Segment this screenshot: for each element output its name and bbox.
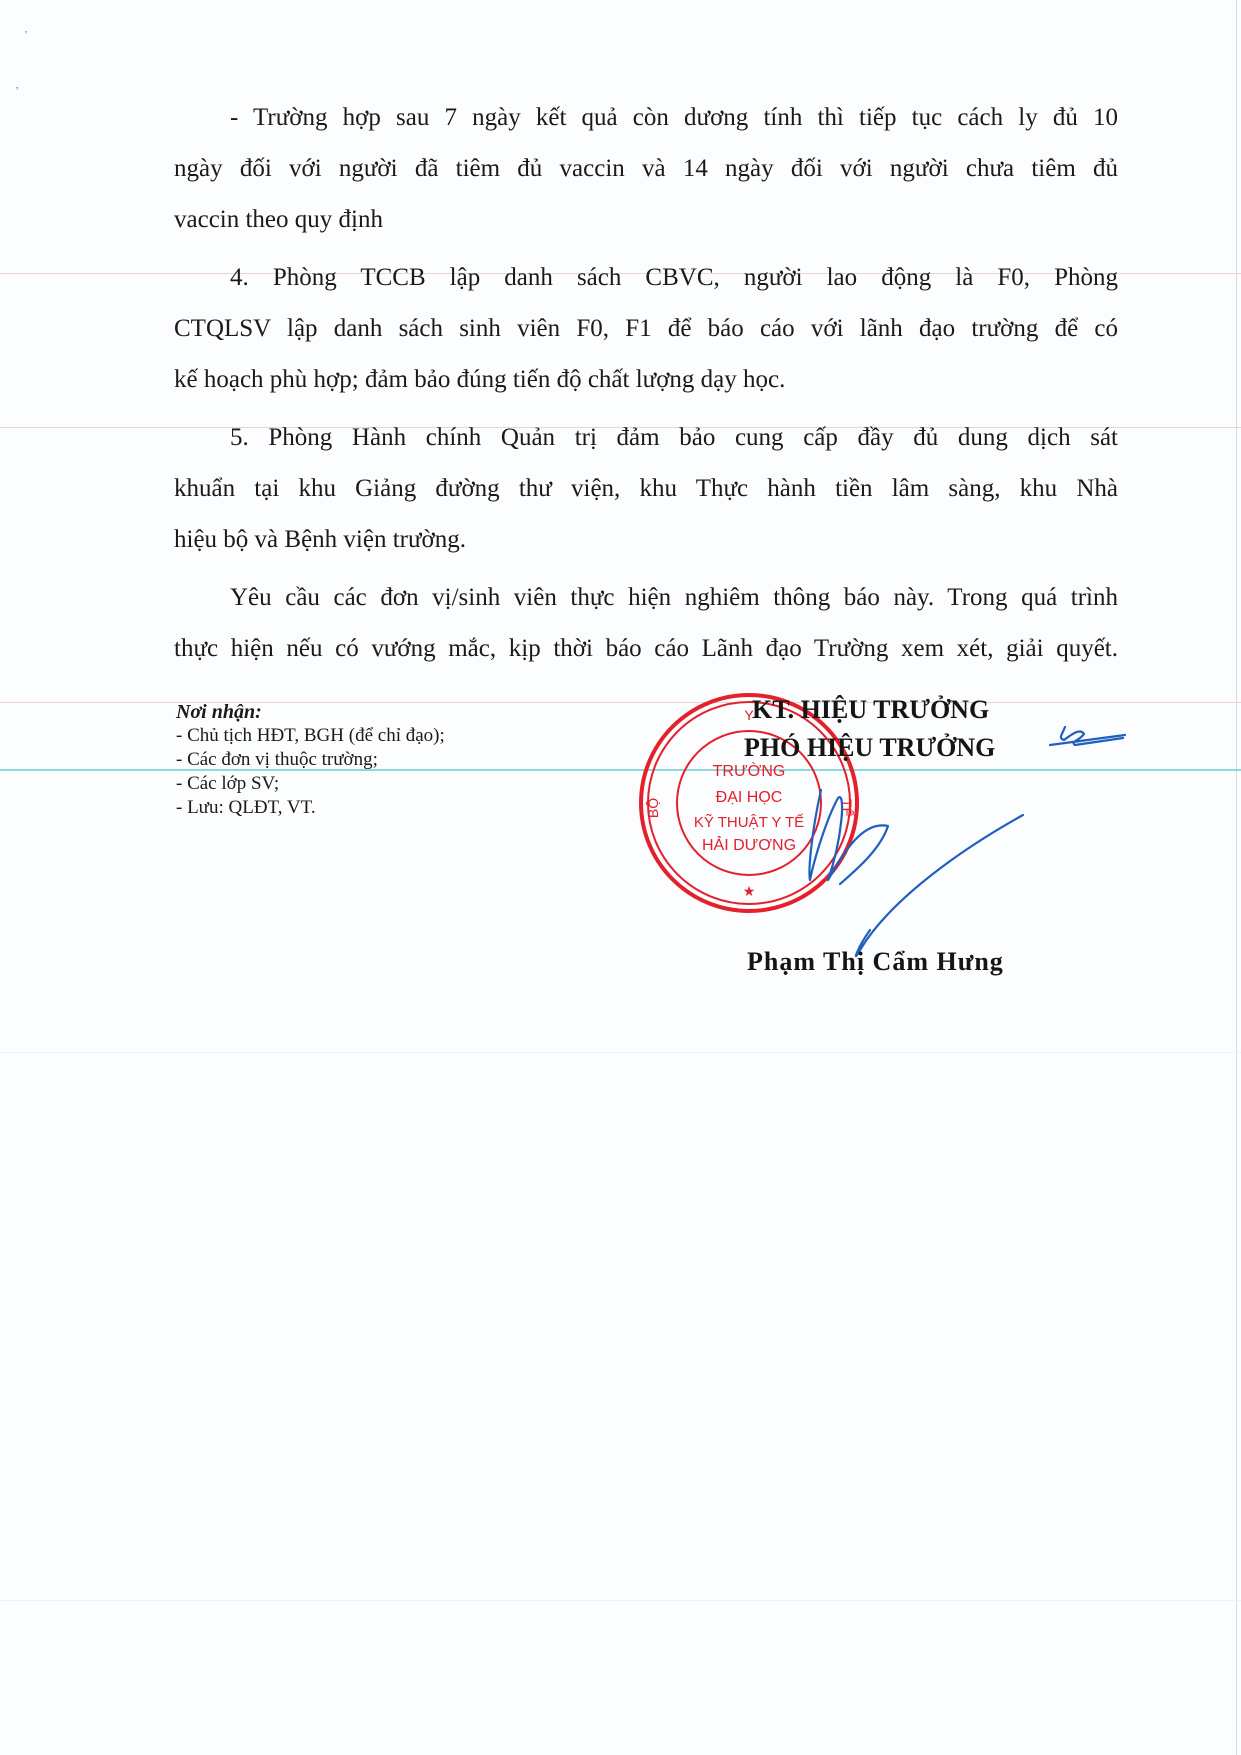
scan-artifact-line	[0, 1600, 1241, 1601]
recipient-item: - Các lớp SV;	[176, 772, 445, 796]
seal-inner-line: KỸ THUẬT Y TẾ	[694, 814, 804, 831]
text-line: 4. Phòng TCCB lập danh sách CBVC, người …	[174, 252, 1118, 303]
text-line: khuẩn tại khu Giảng đường thư viện, khu …	[174, 463, 1118, 514]
page-edge	[1236, 0, 1237, 1755]
seal-outer-left-text: BỘ	[645, 798, 661, 818]
scan-artifact-line	[0, 1052, 1241, 1053]
seal-inner-line: HẢI DƯƠNG	[702, 835, 796, 854]
recipient-item: - Chủ tịch HĐT, BGH (để chỉ đạo);	[176, 724, 445, 748]
seal-inner-line: TRƯỜNG	[713, 761, 786, 780]
text-line: vaccin theo quy định	[174, 194, 1118, 245]
recipient-item: - Lưu: QLĐT, VT.	[176, 796, 445, 820]
seal-inner-line: ĐẠI HỌC	[716, 789, 783, 806]
recipient-item: - Các đơn vị thuộc trường;	[176, 748, 445, 772]
paragraph-isolation-extension: - Trường hợp sau 7 ngày kết quả còn dươn…	[174, 92, 1118, 245]
text-line: Yêu cầu các đơn vị/sinh viên thực hiện n…	[174, 572, 1118, 623]
text-line: CTQLSV lập danh sách sinh viên F0, F1 để…	[174, 303, 1118, 354]
text-line: thực hiện nếu có vướng mắc, kịp thời báo…	[174, 623, 1118, 674]
paragraph-item-4: 4. Phòng TCCB lập danh sách CBVC, người …	[174, 252, 1118, 405]
seal-outer-right-text: TẾ	[839, 799, 855, 817]
signer-title-line-1: KT. HIỆU TRƯỞNG	[752, 695, 989, 725]
signer-name: Phạm Thị Cẩm Hưng	[747, 947, 1004, 977]
signer-title-line-2: PHÓ HIỆU TRƯỞNG	[744, 733, 995, 763]
text-line: 5. Phòng Hành chính Quản trị đảm bảo cun…	[174, 412, 1118, 463]
paragraph-closing: Yêu cầu các đơn vị/sinh viên thực hiện n…	[174, 572, 1118, 674]
recipients-block: Nơi nhận: - Chủ tịch HĐT, BGH (để chỉ đạ…	[176, 700, 445, 820]
text-line: - Trường hợp sau 7 ngày kết quả còn dươn…	[174, 92, 1118, 143]
text-line: kế hoạch phù hợp; đảm bảo đúng tiến độ c…	[174, 354, 1118, 405]
paragraph-item-5: 5. Phòng Hành chính Quản trị đảm bảo cun…	[174, 412, 1118, 565]
text-line: hiệu bộ và Bệnh viện trường.	[174, 514, 1118, 565]
recipients-title: Nơi nhận:	[176, 700, 445, 724]
seal-star-icon: ★	[743, 883, 756, 899]
document-body: - Trường hợp sau 7 ngày kết quả còn dươn…	[174, 92, 1118, 681]
text-line: ngày đối với người đã tiêm đủ vaccin và …	[174, 143, 1118, 194]
